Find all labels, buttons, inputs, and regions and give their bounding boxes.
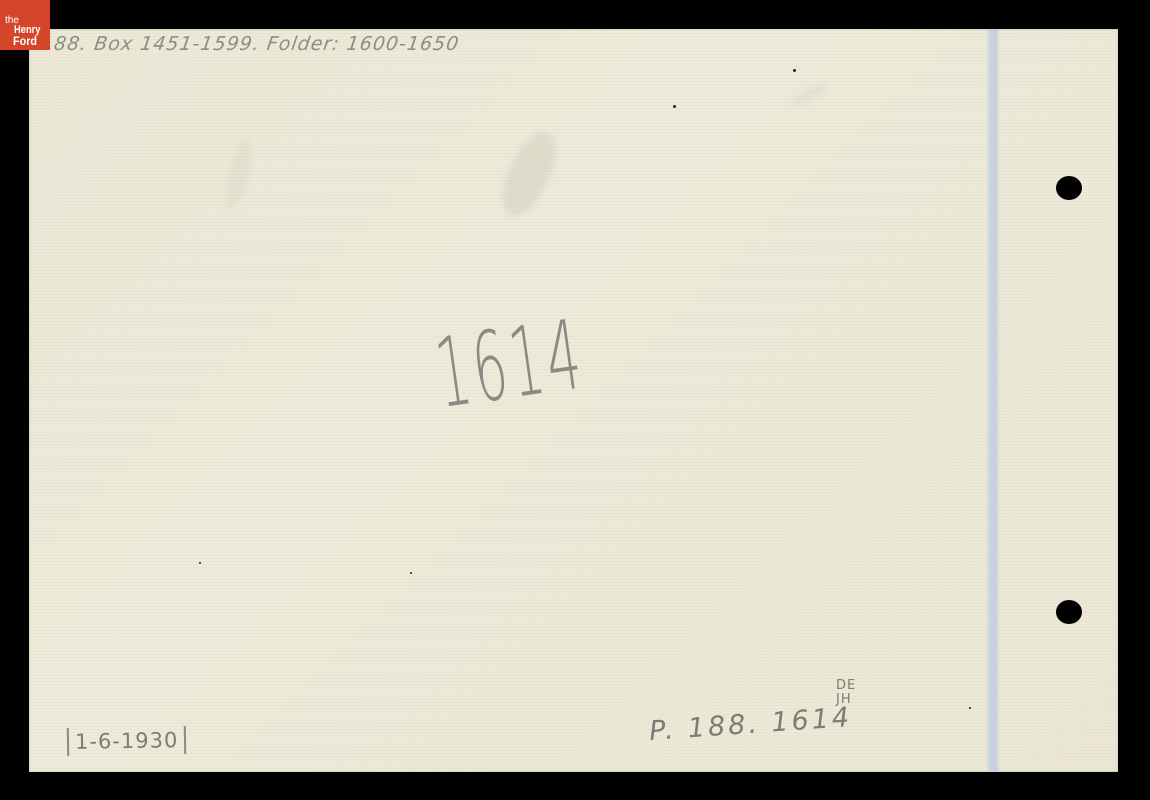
speck [410,572,412,574]
punch-hole-top [1056,176,1082,200]
date-note: 1-6-1930 [67,726,187,756]
logo-ford: Ford [13,35,37,47]
cataloger-initials: DE JH [836,679,856,707]
smudge [789,80,830,110]
speck [969,707,971,709]
speck [793,69,796,72]
smudge [492,125,566,223]
punch-hole-bottom [1056,600,1082,624]
reference-number: P. 188. 1614 [648,702,853,747]
document-card: 188. Box 1451-1599. Folder: 1600-1650 16… [29,29,1118,772]
speck [199,562,201,564]
smudge [220,138,257,211]
archive-location-note: 188. Box 1451-1599. Folder: 1600-1650 [39,33,460,55]
item-number: 1614 [429,298,591,429]
speck [673,105,676,108]
vertical-stripe [987,29,999,772]
henry-ford-logo: the Henry Ford [0,0,50,50]
